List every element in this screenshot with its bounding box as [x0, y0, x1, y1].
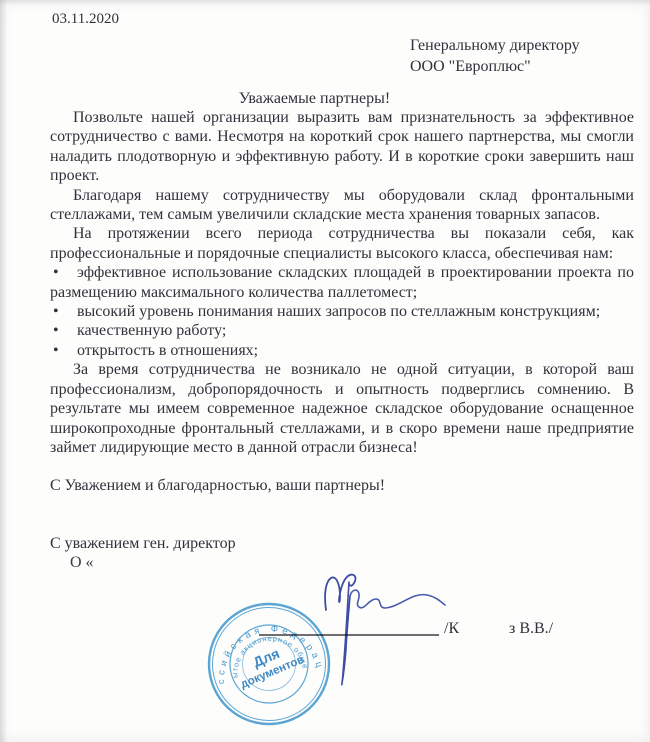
paragraph-4: За время сотрудничества не возникало не …	[50, 360, 634, 457]
signoff-title: С уважением ген. директор	[50, 534, 634, 553]
letter-content: 03.11.2020 Генеральному директору ООО "Е…	[0, 0, 650, 572]
signature-stroke-descender	[342, 582, 350, 685]
recipient-line-2: ООО "Европлюс"	[410, 56, 634, 77]
bullet-marker: •	[50, 302, 77, 321]
bullet-marker: •	[50, 263, 77, 282]
bullet-list: •эффективное использование складских пло…	[50, 263, 634, 360]
bullet-item: •качественную работу;	[50, 321, 634, 340]
bullet-item: •высокий уровень понимания наших запросо…	[50, 302, 634, 321]
bullet-text: открытость в отношениях;	[77, 342, 258, 359]
paragraph-1: Позвольте нашей организации выразить вам…	[50, 108, 634, 186]
bullet-text: качественную работу;	[77, 322, 226, 339]
bullet-marker: •	[50, 341, 77, 360]
bullet-item: •открытость в отношениях;	[50, 341, 634, 360]
closing-line: С Уважением и благодарностью, ваши партн…	[50, 476, 634, 495]
handwritten-signature	[292, 554, 467, 704]
bullet-item: •эффективное использование складских пло…	[50, 263, 634, 302]
bullet-marker: •	[50, 321, 77, 340]
recipient-line-1: Генеральному директору	[410, 35, 634, 56]
signature-stroke-tail	[350, 590, 445, 608]
paragraph-3: На протяжении всего периода сотрудничест…	[50, 224, 634, 263]
signature-name-right: з В.В./	[509, 619, 553, 638]
bullet-text: эффективное использование складских площ…	[50, 264, 634, 300]
recipient-block: Генеральному директору ООО "Европлюс"	[410, 35, 634, 77]
bullet-text: высокий уровень понимания наших запросов…	[77, 303, 600, 320]
letter-date: 03.11.2020	[52, 10, 634, 28]
scanned-letter-page: 03.11.2020 Генеральному директору ООО "Е…	[0, 0, 650, 742]
paragraph-2: Благодаря нашему сотрудничеству мы обору…	[50, 186, 634, 225]
salutation: Уважаемые партнеры!	[50, 89, 579, 108]
